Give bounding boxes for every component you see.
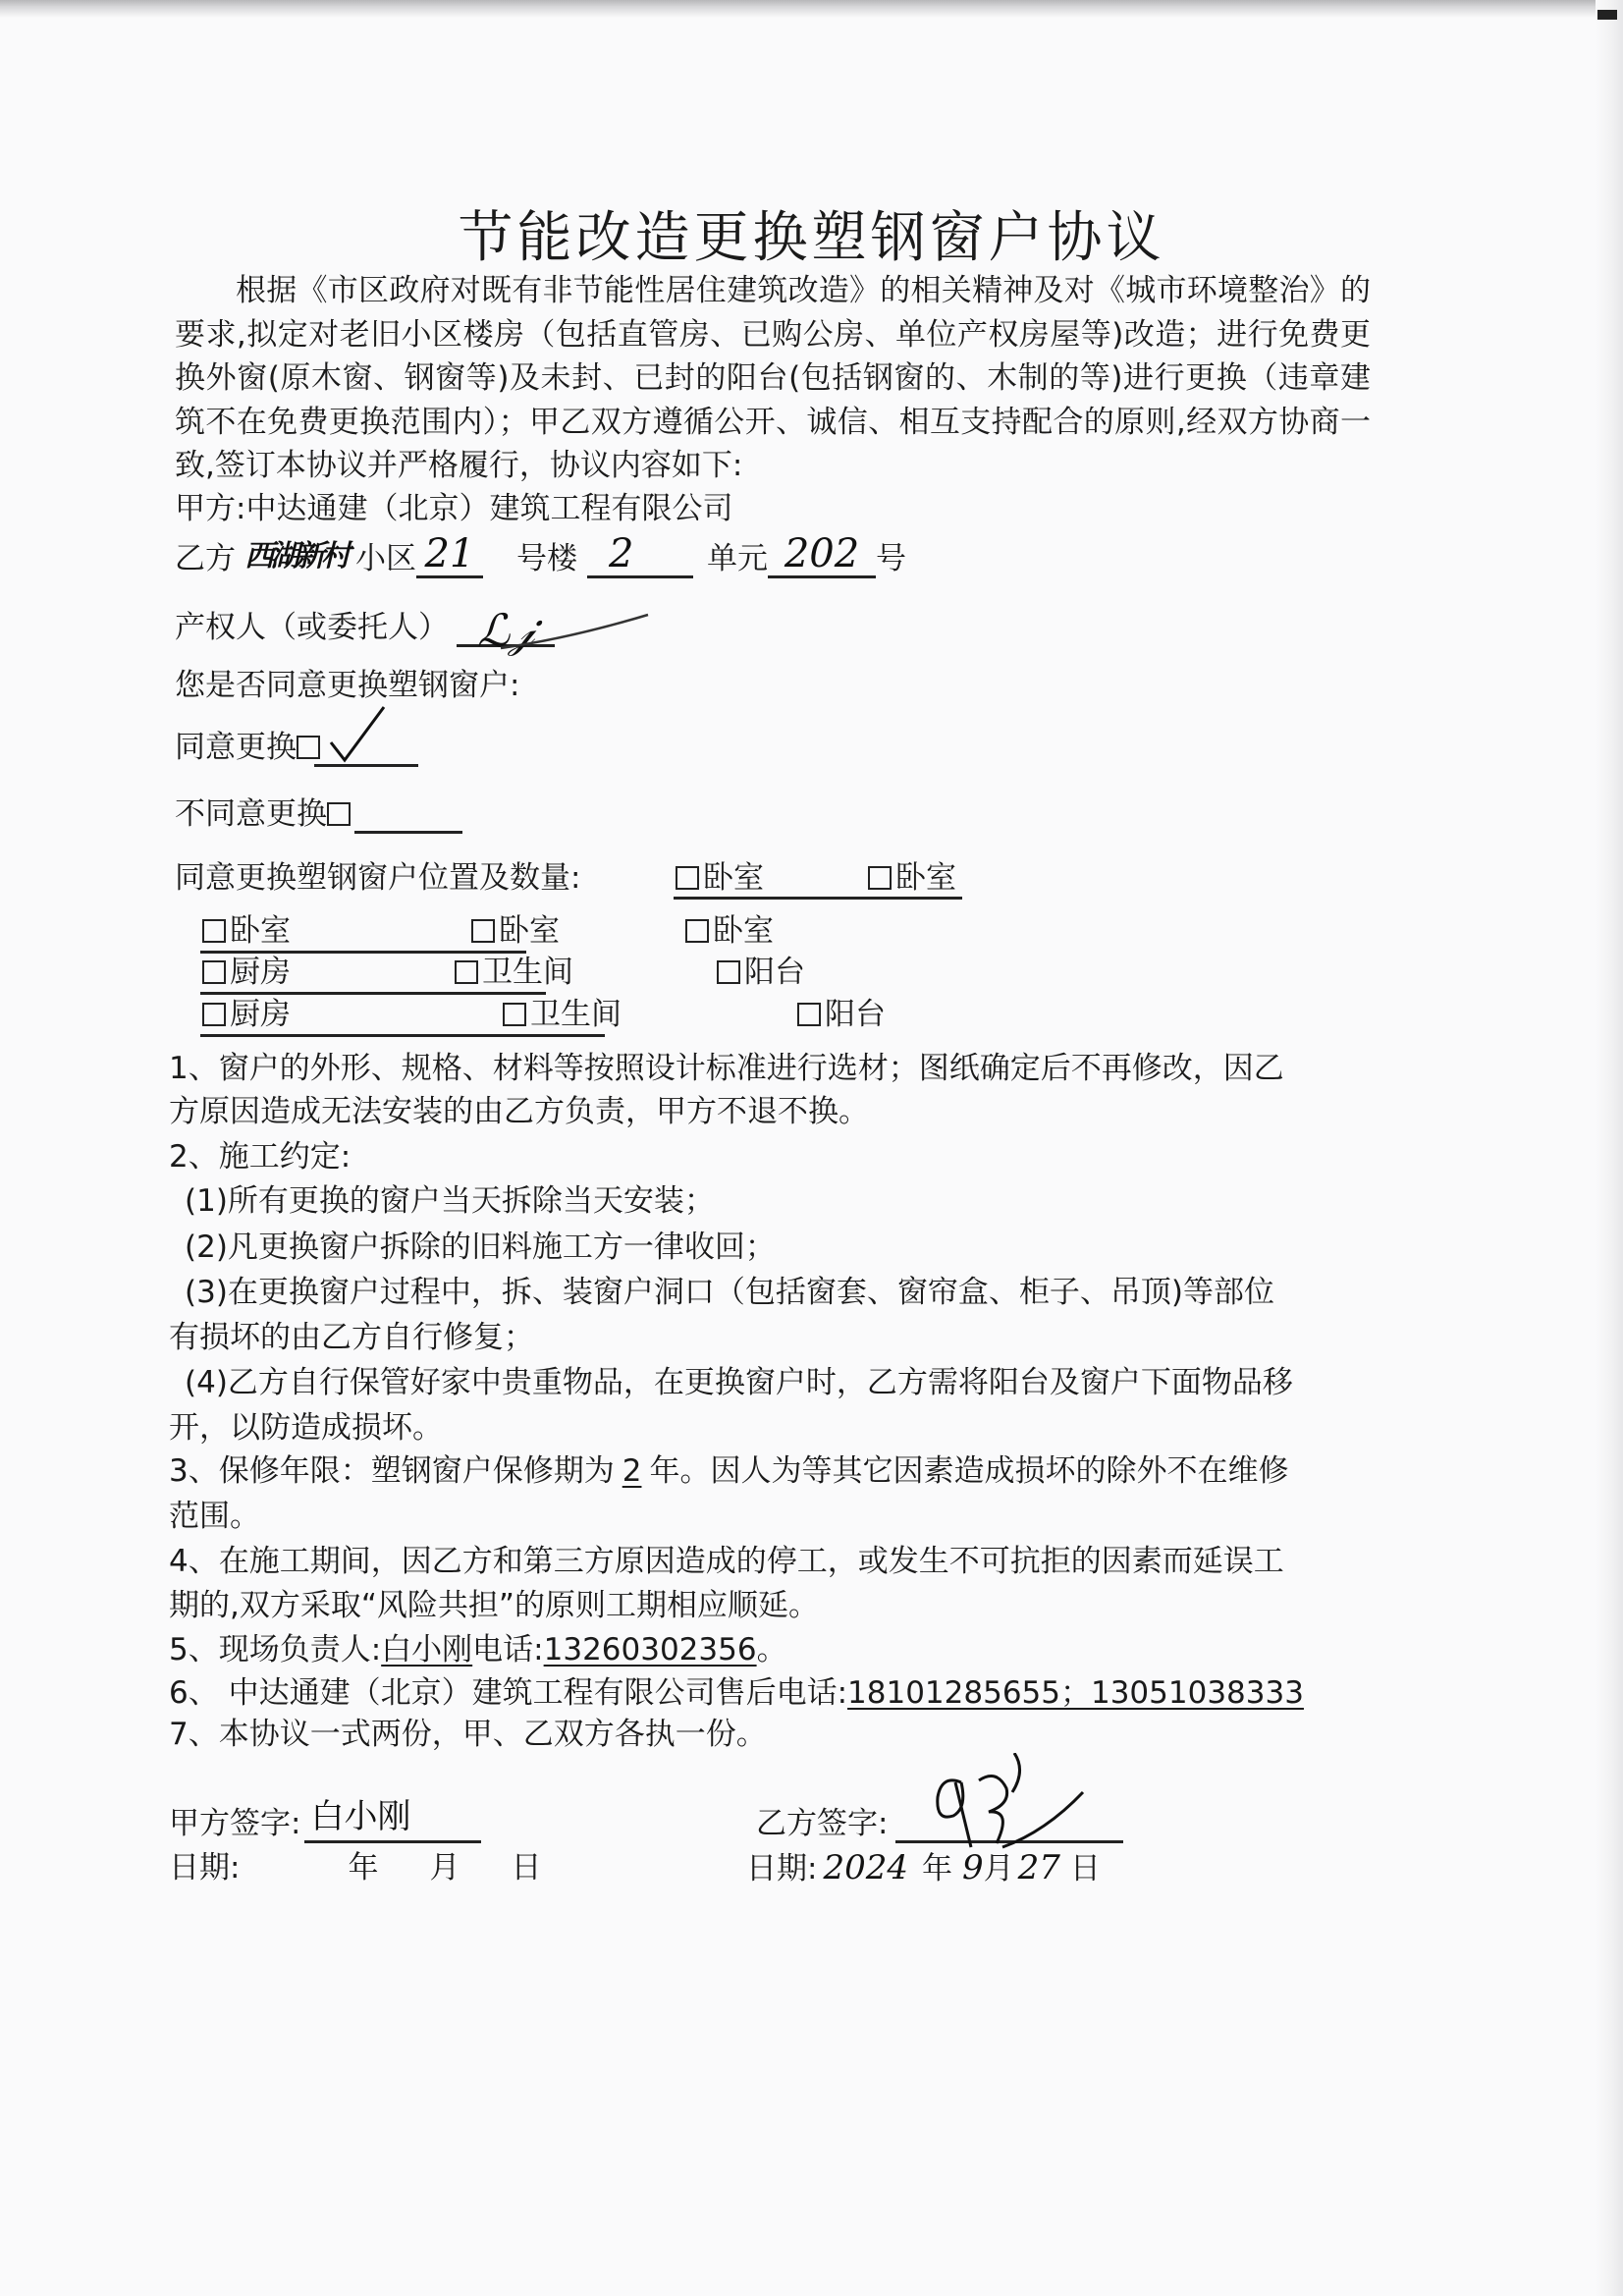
site-manager-name: 白小刚 [381,1632,472,1667]
unit-suffix: 单元 [707,541,768,576]
party-a-signature-field[interactable]: 白小刚 [304,1803,481,1843]
clause-2-4: (4)乙方自行保管好家中贵重物品，在更换窗户时，乙方需将阳台及窗户下面物品移 [185,1363,1293,1402]
document-title: 节能改造更换塑钢窗户协议 [0,194,1623,273]
location-item[interactable]: 阳台 [717,953,805,992]
clause-4: 4、在施工期间，因乙方和第三方原因造成的停工，或发生不可抗拒的因素而延误工 [169,1542,1284,1581]
room-field[interactable]: 202 [768,538,876,578]
room-suffix: 号 [876,541,906,576]
unit-field[interactable]: 2 [587,538,693,578]
location-item[interactable]: 厨房 [202,995,291,1034]
location-item[interactable]: 卧室 [471,911,560,951]
row3-underline [200,1034,605,1037]
location-item[interactable]: 卧室 [676,858,764,898]
disagree-checkbox[interactable] [327,802,351,826]
party-a-signature-label: 甲方签字: [169,1806,300,1841]
owner-label: 产权人（或委托人） [175,610,449,645]
building-suffix: 号楼 [516,541,577,576]
location-item[interactable]: 阳台 [797,995,886,1034]
disagree-label: 不同意更换 [175,796,327,832]
party-b-line: 乙方西湖新村小区21号楼2单元202号 [175,538,906,578]
clause-6: 6、 中达通建（北京）建筑工程有限公司售后电话:18101285655；1305… [169,1673,1329,1713]
agreement-page: 节能改造更换塑钢窗户协议 根据《市区政府对既有非节能性居住建筑改造》的相关精神及… [0,0,1623,2296]
clause-3: 3、保修年限：塑钢窗户保修期为2年。因人为等其它因素造成损坏的除外不在维修 [169,1451,1288,1491]
disagree-blank [354,793,462,834]
building-field[interactable]: 21 [416,538,483,578]
clause-3-cont: 范围。 [169,1497,260,1536]
party-b-signature-stroke [928,1753,1085,1856]
party-b-signature-label: 乙方签字: [756,1806,888,1841]
community-suffix: 小区 [355,541,416,576]
clause-4-cont: 期的,双方采取“风险共担”的原则工期相应顺延。 [169,1586,819,1625]
party-a-date: 日期:年月日 [169,1848,541,1887]
disagree-option[interactable]: 不同意更换 [175,793,462,834]
location-item[interactable]: 卧室 [685,911,774,951]
party-a-signature-line: 甲方签字:白小刚 [169,1803,481,1843]
clause-2: 2、施工约定: [169,1137,351,1176]
party-b-month-value: 9 [962,1848,984,1887]
party-a: 甲方:中达通建（北京）建筑工程有限公司 [175,489,732,528]
party-b-label: 乙方 [175,541,236,576]
location-item[interactable]: 卧室 [202,911,291,951]
agree-label: 同意更换 [175,730,297,765]
party-b-year-value: 2024 [823,1848,908,1887]
location-item[interactable]: 厨房 [202,953,291,992]
clause-2-3: (3)在更换窗户过程中，拆、装窗户洞口（包括窗套、窗帘盒、柜子、吊顶)等部位 [185,1273,1274,1312]
clause-7: 7、本协议一式两份，甲、乙双方各执一份。 [169,1715,767,1754]
clause-2-2: (2)凡更换窗户拆除的旧料施工方一律收回； [185,1228,776,1267]
intro-paragraph: 根据《市区政府对既有非节能性居住建筑改造》的相关精神及对《城市环境整治》的要求,… [175,269,1371,488]
warranty-years: 2 [615,1453,650,1489]
location-item[interactable]: 卫生间 [455,953,573,992]
clause-2-3-cont: 有损坏的由乙方自行修复； [169,1318,534,1357]
owner-signature-stroke [461,609,658,658]
consent-question: 您是否同意更换塑钢窗户: [175,666,519,705]
party-b-date: 日期:2024年9月27日 [746,1848,1101,1888]
checkmark-icon [329,705,388,764]
clause-2-4-cont: 开，以防造成损坏。 [169,1408,443,1448]
clause-2-1: (1)所有更换的窗户当天拆除当天安装； [185,1181,715,1221]
site-manager-phone[interactable]: 13260302356 [544,1632,757,1667]
community-field[interactable]: 西湖新村 [236,541,355,578]
clause-1-cont: 方原因造成无法安装的由乙方负责，甲方不退不换。 [169,1092,869,1131]
after-sales-phones[interactable]: 18101285655；13051038333 [847,1675,1329,1711]
location-item[interactable]: 卧室 [868,858,956,898]
location-label: 同意更换塑钢窗户位置及数量: [175,858,580,898]
clause-5: 5、现场负责人:白小刚电话:13260302356。 [169,1630,787,1669]
clause-1: 1、窗户的外形、规格、材料等按照设计标准进行选材；图纸确定后不再修改，因乙 [169,1049,1284,1088]
location-item[interactable]: 卫生间 [503,995,622,1034]
party-b-day-value: 27 [1018,1848,1060,1887]
